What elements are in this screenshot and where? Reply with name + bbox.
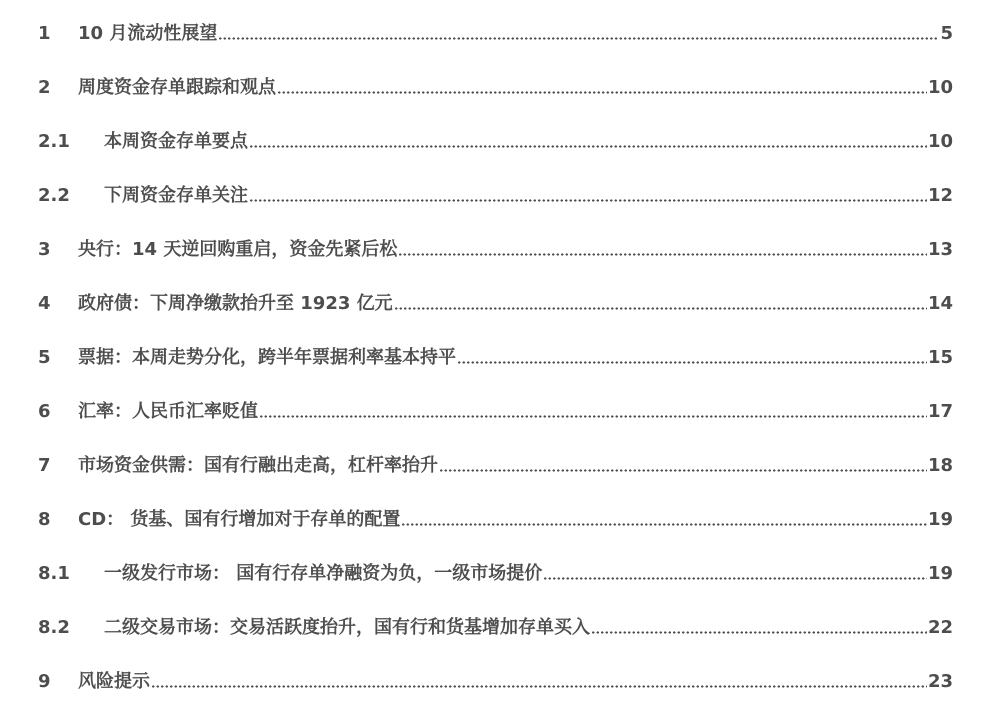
toc-entry-2-2[interactable]: 2.2 下周资金存单关注 12 bbox=[38, 183, 953, 209]
toc-entry-number: 2.1 bbox=[38, 129, 104, 155]
dot-leader bbox=[218, 37, 939, 40]
toc-entry-number: 4 bbox=[38, 291, 78, 317]
toc-entry-title[interactable]: 政府债：下周净缴款抬升至 1923 亿元 bbox=[78, 291, 393, 317]
toc-entry-8-1[interactable]: 8.1 一级发行市场： 国有行存单净融资为负，一级市场提价 19 bbox=[38, 561, 953, 587]
toc-entry-title[interactable]: 央行：14 天逆回购重启，资金先紧后松 bbox=[78, 237, 397, 263]
dot-leader bbox=[543, 577, 927, 580]
toc-entry-page[interactable]: 13 bbox=[928, 237, 953, 263]
dot-leader bbox=[591, 631, 927, 634]
toc-entry-2[interactable]: 2 周度资金存单跟踪和观点 10 bbox=[38, 75, 953, 101]
dot-leader bbox=[277, 91, 927, 94]
toc-entry-number: 8.2 bbox=[38, 615, 104, 641]
toc-entry-3[interactable]: 3 央行：14 天逆回购重启，资金先紧后松 13 bbox=[38, 237, 953, 263]
dot-leader bbox=[457, 361, 927, 364]
toc-entry-8[interactable]: 8 CD： 货基、国有行增加对于存单的配置 19 bbox=[38, 507, 953, 533]
toc-entry-4[interactable]: 4 政府债：下周净缴款抬升至 1923 亿元 14 bbox=[38, 291, 953, 317]
toc-entry-9[interactable]: 9 风险提示 23 bbox=[38, 669, 953, 695]
toc-entry-page[interactable]: 22 bbox=[928, 615, 953, 641]
toc-entry-1[interactable]: 1 10 月流动性展望 5 bbox=[38, 21, 953, 47]
toc-entry-title[interactable]: 下周资金存单关注 bbox=[104, 183, 248, 209]
toc-entry-title[interactable]: 10 月流动性展望 bbox=[78, 21, 217, 47]
dot-leader bbox=[439, 469, 927, 472]
dot-leader bbox=[259, 415, 927, 418]
toc-entry-number: 1 bbox=[38, 21, 78, 47]
dot-leader bbox=[249, 145, 927, 148]
toc-entry-title[interactable]: 汇率：人民币汇率贬值 bbox=[78, 399, 258, 425]
toc-entry-page[interactable]: 19 bbox=[928, 507, 953, 533]
toc-entry-title[interactable]: 市场资金供需：国有行融出走高，杠杆率抬升 bbox=[78, 453, 438, 479]
toc-entry-page[interactable]: 15 bbox=[928, 345, 953, 371]
toc-entry-page[interactable]: 10 bbox=[928, 129, 953, 155]
toc-entry-6[interactable]: 6 汇率：人民币汇率贬值 17 bbox=[38, 399, 953, 425]
toc-entry-title[interactable]: 风险提示 bbox=[78, 669, 150, 695]
toc-entry-number: 2.2 bbox=[38, 183, 104, 209]
toc-entry-title[interactable]: 二级交易市场：交易活跃度抬升，国有行和货基增加存单买入 bbox=[104, 615, 590, 641]
toc-entry-title[interactable]: 周度资金存单跟踪和观点 bbox=[78, 75, 276, 101]
toc-entry-5[interactable]: 5 票据：本周走势分化，跨半年票据利率基本持平 15 bbox=[38, 345, 953, 371]
toc-entry-2-1[interactable]: 2.1 本周资金存单要点 10 bbox=[38, 129, 953, 155]
toc-entry-number: 8.1 bbox=[38, 561, 104, 587]
dot-leader bbox=[394, 307, 927, 310]
toc-entry-title[interactable]: CD： 货基、国有行增加对于存单的配置 bbox=[78, 507, 400, 533]
toc-entry-page[interactable]: 5 bbox=[940, 21, 953, 47]
dot-leader bbox=[398, 253, 927, 256]
toc-entry-number: 2 bbox=[38, 75, 78, 101]
toc-entry-title[interactable]: 本周资金存单要点 bbox=[104, 129, 248, 155]
dot-leader bbox=[151, 685, 927, 688]
toc-entry-8-2[interactable]: 8.2 二级交易市场：交易活跃度抬升，国有行和货基增加存单买入 22 bbox=[38, 615, 953, 641]
toc-entry-title[interactable]: 票据：本周走势分化，跨半年票据利率基本持平 bbox=[78, 345, 456, 371]
toc-entry-page[interactable]: 10 bbox=[928, 75, 953, 101]
toc-entry-number: 6 bbox=[38, 399, 78, 425]
toc-entry-page[interactable]: 12 bbox=[928, 183, 953, 209]
toc-entry-page[interactable]: 19 bbox=[928, 561, 953, 587]
toc-entry-number: 9 bbox=[38, 669, 78, 695]
toc-entry-page[interactable]: 17 bbox=[928, 399, 953, 425]
toc-entry-7[interactable]: 7 市场资金供需：国有行融出走高，杠杆率抬升 18 bbox=[38, 453, 953, 479]
toc-entry-page[interactable]: 23 bbox=[928, 669, 953, 695]
toc-entry-number: 3 bbox=[38, 237, 78, 263]
toc-entry-number: 5 bbox=[38, 345, 78, 371]
dot-leader bbox=[249, 199, 927, 202]
toc-entry-page[interactable]: 18 bbox=[928, 453, 953, 479]
toc-entry-title[interactable]: 一级发行市场： 国有行存单净融资为负，一级市场提价 bbox=[104, 561, 542, 587]
toc-entry-page[interactable]: 14 bbox=[928, 291, 953, 317]
toc-entry-number: 8 bbox=[38, 507, 78, 533]
toc-entry-number: 7 bbox=[38, 453, 78, 479]
dot-leader bbox=[401, 523, 927, 526]
